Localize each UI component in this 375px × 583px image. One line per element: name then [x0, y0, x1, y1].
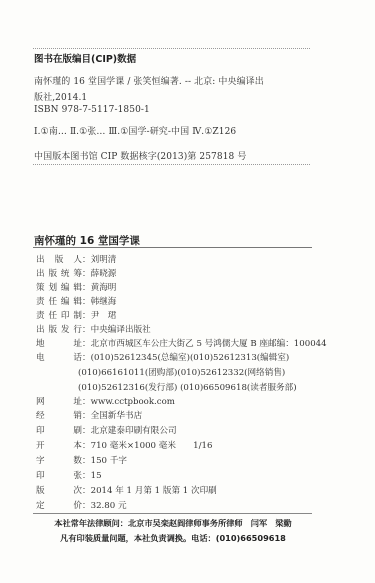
- colophon-row-coordinator: 出版统筹：薛晓源: [36, 267, 116, 279]
- row-value: 15: [91, 471, 102, 481]
- colophon-row-printer: 印 刷：北京建泰印刷有限公司: [36, 424, 177, 436]
- row-value: 刘明清: [91, 255, 117, 265]
- colophon-row-edition: 版 次：2014 年 1 月第 1 版第 1 次印刷: [36, 484, 217, 496]
- quality-guarantee-note: 凡有印装质量问题，本社负责调换。电话：(010)66509618: [0, 533, 346, 544]
- row-label: 责任印制: [36, 309, 82, 321]
- row-label: 字 数: [36, 454, 82, 466]
- title-divider: [33, 247, 312, 248]
- cip-line: 南怀瑾的 16 堂国学课 / 张笑恒编著. -- 北京: 中央编译出: [34, 74, 264, 87]
- row-label: 网 址: [36, 395, 82, 407]
- row-value: 北京市西城区车公庄大街乙 5 号鸿儒大厦 B 座邮编：100044: [91, 339, 327, 349]
- row-value: 710 毫米×1000 毫米 1/16: [91, 441, 213, 451]
- book-title: 南怀瑾的 16 堂国学课: [34, 233, 140, 248]
- row-label: 定 价: [36, 499, 82, 511]
- row-label: 印 刷: [36, 424, 82, 436]
- row-value: 韩继海: [91, 297, 117, 307]
- row-value: 尹 珺: [91, 311, 117, 321]
- colophon-row-phone: 电 话：(010)52612345(总编室)(010)52612313(编辑室): [36, 351, 289, 363]
- colophon-row-website: 网 址：www.cctpbook.com: [36, 395, 175, 407]
- row-label: 开 本: [36, 439, 82, 451]
- row-value: (010)52612345(总编室)(010)52612313(编辑室): [91, 353, 290, 363]
- row-label: 版 次: [36, 484, 82, 496]
- cip-title: 图书在版编目(CIP)数据: [34, 51, 136, 65]
- row-label: 电 话: [36, 351, 82, 363]
- row-value: 北京建泰印刷有限公司: [91, 426, 177, 436]
- row-value: 全国新华书店: [91, 411, 143, 421]
- colophon-row-address: 地 址：北京市西城区车公庄大街乙 5 号鸿儒大厦 B 座邮编：100044: [36, 337, 327, 349]
- cip-catalog-number: 中国版本图书馆 CIP 数据核字(2013)第 257818 号: [34, 149, 246, 162]
- row-label: 经 销: [36, 409, 82, 421]
- cip-line: 版社,2014.1: [34, 90, 87, 103]
- colophon-row-publisher: 出 版 人：刘明清: [36, 253, 116, 265]
- colophon-row-price: 定 价：32.80 元: [36, 499, 127, 511]
- row-value: 150 千字: [91, 456, 127, 466]
- row-label: 策划编辑: [36, 281, 82, 293]
- row-value: 中央编译出版社: [91, 325, 151, 335]
- cip-top-divider: [33, 48, 310, 49]
- colophon-row-distribution: 经 销：全国新华书店: [36, 409, 142, 421]
- row-label: 出版统筹: [36, 267, 82, 279]
- phone-line: (010)52612316(发行部) (010)66509618(读者服务部): [78, 381, 297, 393]
- legal-counsel-note: 本社常年法律顾问：北京市吴栾赵阎律师事务所律师 闫军 梁勤: [0, 518, 346, 529]
- row-value: 32.80 元: [91, 501, 127, 511]
- row-value: 薛晓源: [91, 269, 117, 279]
- colophon-row-sheets: 印 张：15: [36, 469, 102, 481]
- cip-classification: Ⅰ.①南… Ⅱ.①张… Ⅲ.①国学-研究-中国 Ⅳ.①Z126: [34, 124, 236, 137]
- row-value: 黄海明: [91, 283, 117, 293]
- row-value: 2014 年 1 月第 1 版第 1 次印刷: [91, 486, 217, 496]
- colophon-row-word-count: 字 数：150 千字: [36, 454, 127, 466]
- row-label: 出 版 人: [36, 253, 82, 265]
- colophon-row-responsible-editor: 责任编辑：韩继海: [36, 295, 116, 307]
- footer-divider: [33, 513, 312, 514]
- website-link: www.cctpbook.com: [91, 397, 175, 407]
- row-label: 印 张: [36, 469, 82, 481]
- row-label: 出版发行: [36, 323, 82, 335]
- cip-isbn: ISBN 978-7-5117-1850-1: [34, 105, 150, 115]
- phone-line: (010)66161011(团购部)(010)52612332(网络销售): [78, 366, 285, 378]
- colophon-row-format: 开 本：710 毫米×1000 毫米 1/16: [36, 439, 212, 451]
- colophon-row-print-supervisor: 责任印制：尹 珺: [36, 309, 116, 321]
- row-label: 地 址: [36, 337, 82, 349]
- colophon-row-distributor: 出版发行：中央编译出版社: [36, 323, 151, 335]
- cip-bottom-divider: [33, 164, 310, 165]
- colophon-row-planning-editor: 策划编辑：黄海明: [36, 281, 116, 293]
- row-label: 责任编辑: [36, 295, 82, 307]
